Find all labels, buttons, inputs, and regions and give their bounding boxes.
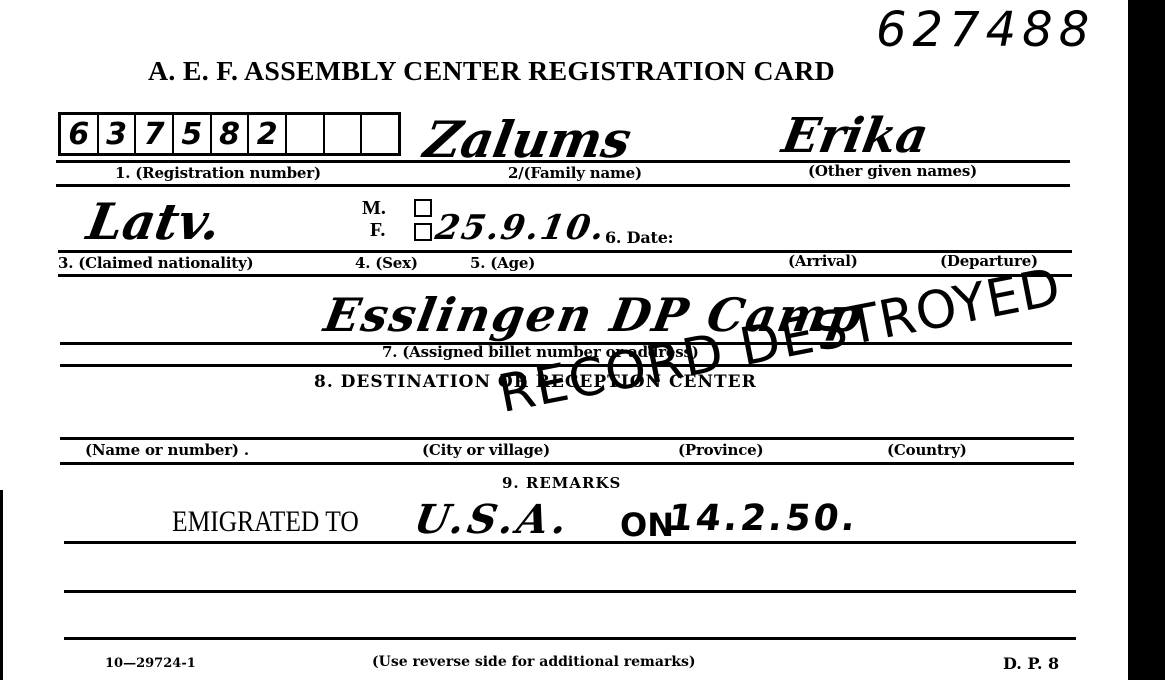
age-label: 5. (Age): [470, 254, 535, 272]
remarks-country: U.S.A.: [411, 496, 575, 543]
reg-digit: 7: [136, 115, 174, 153]
line-row4-top: [60, 437, 1074, 440]
reg-digit: 6: [61, 115, 99, 153]
line-row4-bottom: [60, 462, 1074, 465]
given-names-label: (Other given names): [808, 162, 977, 180]
file-number-handwritten: 627488: [876, 2, 1095, 58]
reg-digit: 5: [174, 115, 212, 153]
scan-edge-right: [1128, 0, 1165, 680]
form-id: D. P. 8: [1003, 654, 1059, 673]
registration-number-label: 1. (Registration number): [115, 164, 321, 182]
sex-label: 4. (Sex): [355, 254, 418, 272]
reg-digit: 8: [212, 115, 250, 153]
footer-note: (Use reverse side for additional remarks…: [372, 654, 696, 670]
line-row1-bottom: [56, 184, 1070, 187]
line-row2-bottom: [58, 274, 1072, 277]
dest-city-label: (City or village): [422, 441, 550, 459]
remarks-typed: EMIGRATED TO: [172, 505, 359, 539]
sex-f-checkbox[interactable]: [414, 223, 432, 241]
reg-digit: [325, 115, 363, 153]
reg-digit: 3: [99, 115, 137, 153]
dest-name-label: (Name or number) .: [85, 441, 249, 459]
line-remarks-1: [64, 541, 1076, 544]
family-name-label: 2/(Family name): [508, 164, 642, 182]
scan-edge-left: [0, 490, 3, 680]
reg-digit: 2: [249, 115, 287, 153]
form-code: 10—29724-1: [105, 656, 196, 671]
sex-m-label: M.: [362, 197, 386, 220]
dest-country-label: (Country): [887, 441, 967, 459]
dest-province-label: (Province): [678, 441, 763, 459]
card-title: A. E. F. ASSEMBLY CENTER REGISTRATION CA…: [148, 56, 835, 87]
arrival-label: (Arrival): [788, 252, 858, 270]
line-row2-top: [58, 250, 1072, 253]
date-label: 6. Date:: [605, 228, 673, 247]
sex-f-label: F.: [370, 219, 385, 242]
sex-m-checkbox[interactable]: [414, 199, 432, 217]
nationality-value: Latv.: [83, 192, 225, 251]
reg-digit: [287, 115, 325, 153]
nationality-label: 3. (Claimed nationality): [58, 254, 253, 272]
registration-number-box: 6 3 7 5 8 2: [58, 112, 401, 156]
remarks-heading: 9. REMARKS: [502, 474, 621, 492]
line-remarks-3: [64, 637, 1076, 640]
line-remarks-2: [64, 590, 1076, 593]
remarks-date: 14.2.50.: [665, 498, 861, 539]
age-value: 25.9.10.: [432, 208, 609, 248]
reg-digit: [362, 115, 398, 153]
given-names-value: Erika: [778, 108, 932, 164]
